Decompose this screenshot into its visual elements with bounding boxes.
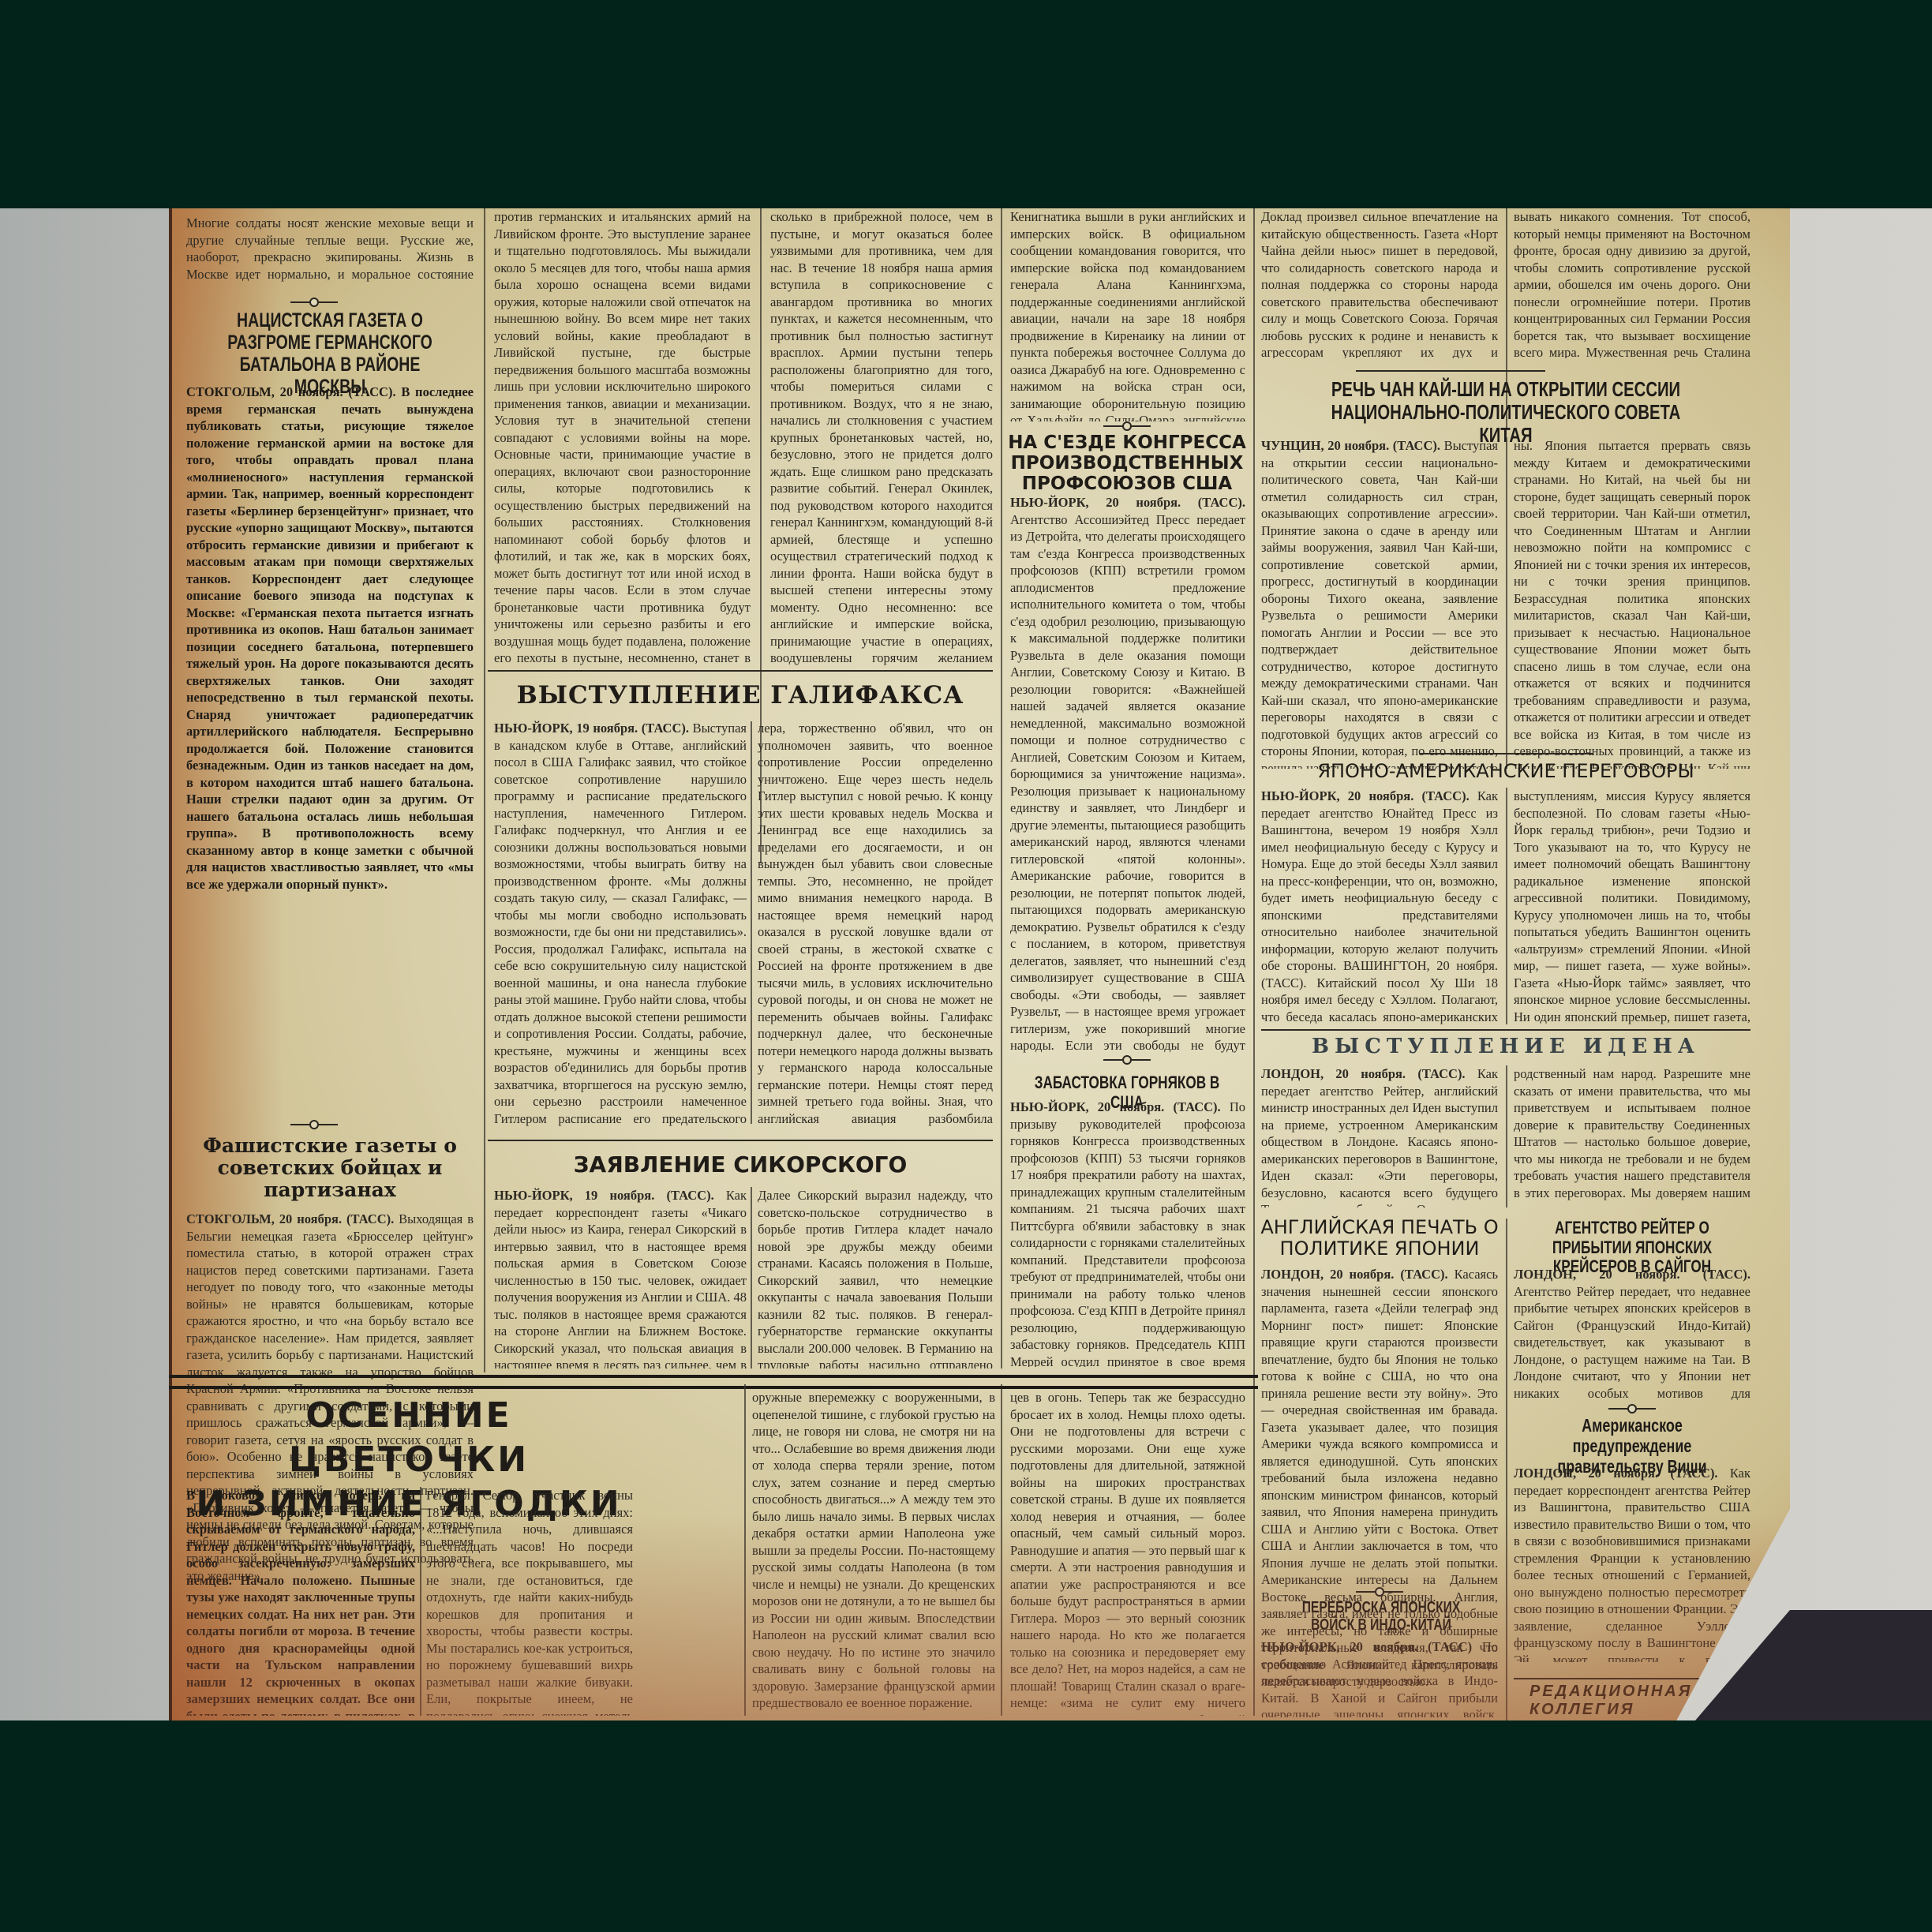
column-rule [420, 1487, 421, 1716]
article-chiang-speech: ЧУНЦИН, 20 ноября. (ТАСС). Выступая на о… [1261, 437, 1498, 769]
ornament-divider [1608, 1408, 1656, 1410]
article-nazi-newspaper: СТОКГОЛЬМ, 20 ноября. (ТАСС). В последне… [186, 384, 474, 1118]
article-continuation: Доклад произвел сильное впечатление на к… [1261, 208, 1498, 358]
column-rule [484, 208, 485, 1372]
headline-english-press-japan: АНГЛИЙСКАЯ ПЕЧАТЬ О ПОЛИТИКЕ ЯПОНИИ [1257, 1217, 1502, 1260]
column-rule [1253, 1384, 1255, 1716]
top-frame [0, 0, 1932, 208]
column-rule [1506, 1065, 1507, 1207]
column-rule [1001, 1384, 1002, 1716]
headline-sikorski: ЗАЯВЛЕНИЕ СИКОРСКОГО [488, 1152, 993, 1177]
article-libya-continued: сколько в прибрежной полосе, чем в пусты… [770, 208, 993, 666]
section-rule [488, 670, 993, 672]
section-rule [1356, 370, 1545, 372]
ornament-divider [290, 301, 338, 303]
column-rule [751, 721, 752, 1124]
article-japan-us-talks-continued: выступлениям, миссия Курусу является бес… [1514, 788, 1750, 1024]
article-sikorski-continued: Далее Сикорский выразил надежду, что сов… [758, 1187, 993, 1368]
article-libya-continued: Кенигнатика вышли в руки английских и им… [1010, 208, 1245, 421]
article-halifax: НЬЮ-ЙОРК, 19 ноября. (ТАСС). Выступая в … [494, 720, 747, 1130]
section-rule [488, 1140, 993, 1141]
article-continuation: вывать никакого сомнения. Тот способ, ко… [1514, 208, 1750, 358]
section-rule [1261, 1029, 1750, 1031]
headline-fascist-papers: Фашистские газеты о советских бойцах и п… [188, 1135, 472, 1201]
section-rule [1419, 753, 1593, 754]
headline-eden-speech: ВЫСТУПЛЕНИЕ ИДЕНА [1253, 1035, 1758, 1058]
headline-japan-troops-indochina: ПЕРЕБРОСКА ЯПОНСКИХ ВОЙСК В ИНДО-КИТАЙ [1282, 1599, 1480, 1634]
headline-japan-us-talks: ЯПОНО-АМЕРИКАНСКИЕ ПЕРЕГОВОРЫ [1253, 761, 1758, 782]
article-autumn-flowers-col4: цев в огонь. Теперь так же безрассудно б… [1010, 1389, 1245, 1716]
column-rule [1506, 788, 1507, 1024]
bottom-frame [0, 1720, 1932, 1932]
ornament-divider [1103, 1059, 1151, 1061]
article-halifax-continued: лера, торжественно об'явил, что он уполн… [758, 720, 993, 1130]
column-rule [751, 1187, 752, 1368]
article-english-press-japan: ЛОНДОН, 20 ноября. (ТАСС). Касаясь значе… [1261, 1266, 1498, 1716]
ornament-divider [290, 1124, 338, 1125]
headline-halifax: ВЫСТУПЛЕНИЕ ГАЛИФАКСА [488, 682, 993, 710]
newspaper-page: Многие солдаты носят женские меховые вещ… [169, 208, 1790, 1720]
column-rule [744, 1384, 746, 1716]
column-rule [1506, 437, 1507, 769]
headline-cio-congress: НА С'ЕЗДЕ КОНГРЕССА ПРОИЗВОДСТВЕННЫХ ПРО… [1005, 433, 1249, 494]
column-rule [1253, 208, 1255, 1384]
article-libya-continued: против германских и итальянских армий на… [494, 208, 751, 666]
ornament-divider [1356, 1591, 1403, 1593]
article-sikorski: НЬЮ-ЙОРК, 19 ноября. (ТАСС). Как передае… [494, 1187, 747, 1368]
article-reuters-saigon: ЛОНДОН, 20 ноября. (ТАСС). Агентство Рей… [1514, 1266, 1750, 1400]
article-autumn-flowers-col3: оружные вперемежку с вооруженными, в оце… [752, 1389, 995, 1716]
article-cio-congress: НЬЮ-ЙОРК, 20 ноября. (ТАСС). Агентство А… [1010, 494, 1245, 1054]
article-autumn-flowers-col2: Генерал Сегюр, участник войны 1812 года,… [426, 1487, 633, 1716]
article-us-warning-vichy: ЛОНДОН, 20 ноября. (ТАСС). Как передает … [1514, 1465, 1750, 1662]
article-japan-us-talks: НЬЮ-ЙОРК, 20 ноября. (ТАСС). Как передае… [1261, 788, 1498, 1024]
column-rule [1001, 208, 1002, 1368]
article-eden-speech: ЛОНДОН, 20 ноября. (ТАСС). Как передает … [1261, 1065, 1498, 1207]
article-continuation: Многие солдаты носят женские меховые вещ… [186, 215, 474, 286]
article-autumn-flowers-col1: В роковом списке потерь на Восточном фро… [186, 1487, 415, 1716]
article-eden-speech-continued: родственный нам народ. Разрешите мне ска… [1514, 1065, 1750, 1207]
article-miners-strike: НЬЮ-ЙОРК, 20 ноября. (ТАСС). По призыву … [1010, 1099, 1245, 1367]
article-chiang-speech-continued: ны. Япония пытается прервать связь между… [1514, 437, 1750, 769]
column-rule [1506, 1219, 1507, 1724]
ornament-divider [1103, 425, 1151, 427]
section-double-rule [169, 1375, 1258, 1389]
article-japan-troops-indochina: НЬЮ-ЙОРК, 20 ноября. (ТАСС) По сообщению… [1261, 1638, 1498, 1717]
